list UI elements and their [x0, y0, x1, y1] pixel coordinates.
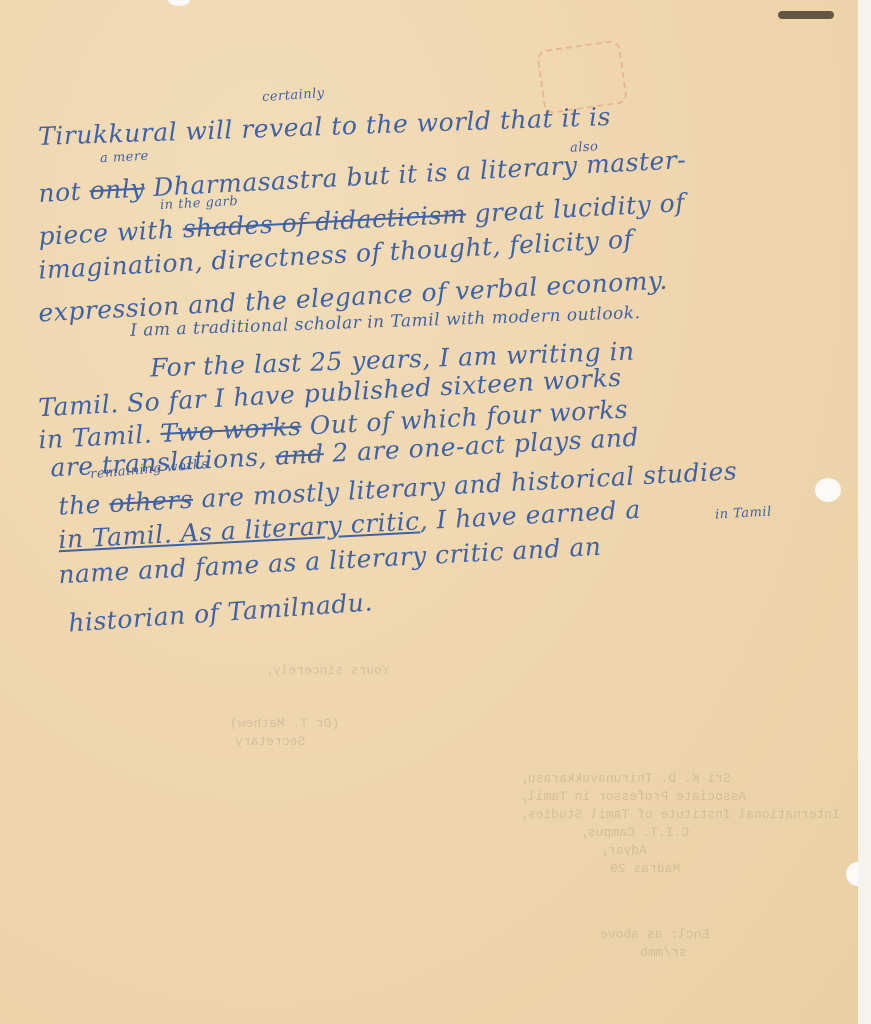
bleed-encl: Encl: as above	[600, 926, 709, 944]
bleed-name: (Dr T. Mathew)	[230, 715, 339, 733]
punch-hole-middle	[815, 478, 841, 502]
struck-only: only	[89, 173, 146, 205]
bleed-addr-6: Madras 20	[610, 860, 680, 878]
bleed-title: Secretary	[235, 733, 305, 751]
line-1: Tirukkural will reveal to the world that…	[38, 102, 612, 151]
bleed-addr-2: Associate Professor in Tamil,	[520, 788, 746, 806]
bleed-ref: sr/mmb	[640, 944, 687, 962]
bleed-closing: Yours sincerely,	[265, 662, 390, 680]
punch-hole-bottom	[846, 862, 858, 886]
insert-in-the-garb: in the garb	[160, 194, 239, 213]
page-edge	[858, 0, 871, 1024]
insert-certainly: certainly	[262, 86, 326, 105]
insert-in-tamil: in Tamil	[715, 505, 772, 523]
manuscript-page: Yours sincerely, (Dr T. Mathew) Secretar…	[0, 0, 858, 1024]
bleed-addr-5: Adyar,	[600, 842, 647, 860]
bleed-addr-3: International Institute of Tamil Studies…	[520, 806, 840, 824]
insert-a-mere: a mere	[100, 149, 150, 167]
line-14: historian of Tamilnadu.	[67, 587, 373, 637]
struck-others: others	[109, 485, 194, 518]
punch-hole-top	[168, 0, 190, 6]
bleed-addr-4: C.I.T. Campus,	[580, 824, 689, 842]
bleed-addr-1: Sri K. D. Thirunavukkarasu,	[520, 770, 731, 788]
ink-stain	[778, 11, 834, 19]
struck-and: and	[275, 439, 325, 470]
